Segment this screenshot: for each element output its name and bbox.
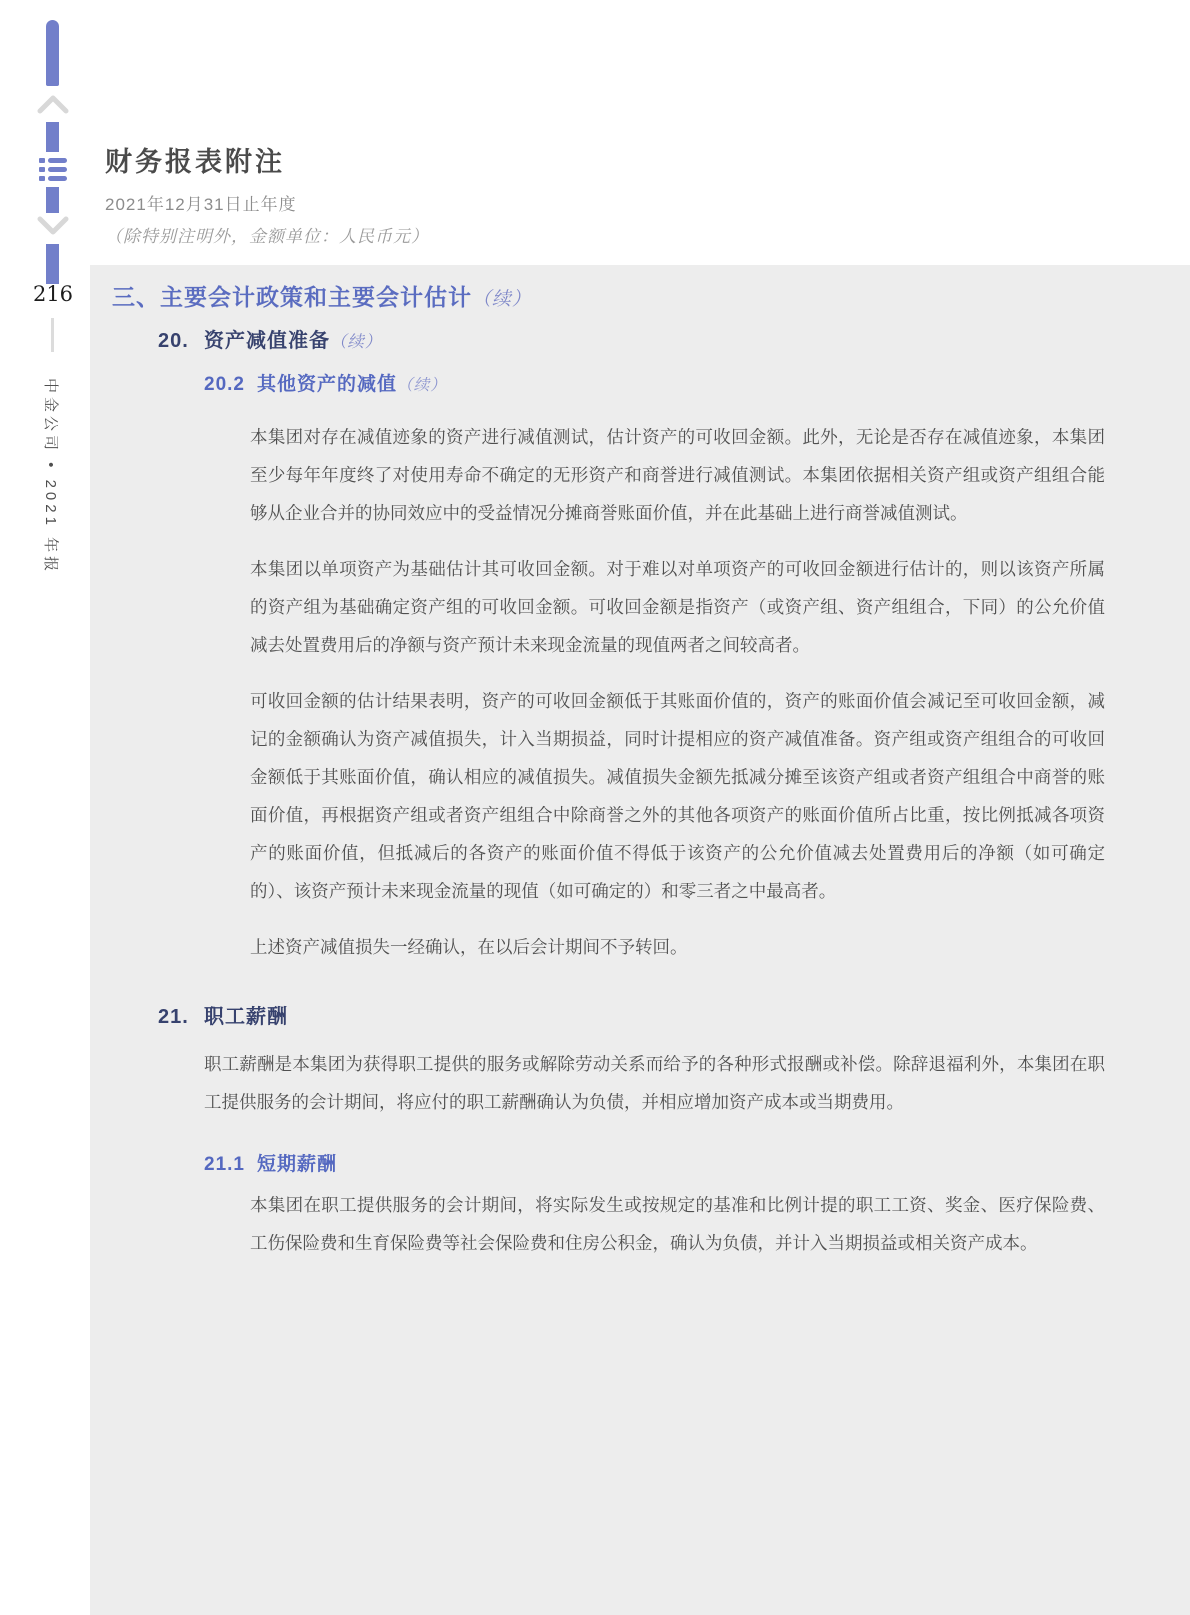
side-brand-text: 中金公司 • 2021 年报 bbox=[41, 378, 62, 575]
chapter-heading: 三、主要会计政策和主要会计估计（续） bbox=[112, 279, 1105, 312]
chevron-down-icon[interactable] bbox=[36, 214, 70, 243]
content-panel: 三、主要会计政策和主要会计估计（续） 20.资产减值准备（续） 20.2其他资产… bbox=[90, 265, 1190, 1615]
rail-tick-divider bbox=[51, 318, 54, 352]
currency-unit-note: （除特别注明外，金额单位：人民币元） bbox=[105, 222, 429, 247]
section-21-title: 职工薪酬 bbox=[204, 1006, 288, 1028]
subsection-21-1-number: 21.1 bbox=[204, 1154, 245, 1175]
rail-decorative-bar-top bbox=[46, 20, 59, 86]
side-rail: 216 中金公司 • 2021 年报 bbox=[0, 0, 90, 1615]
document-header: 财务报表附注 2021年12月31日止年度 （除特别注明外，金额单位：人民币元） bbox=[105, 140, 429, 247]
section-21-number: 21. bbox=[158, 1006, 204, 1029]
paragraph-employee-benefits: 职工薪酬是本集团为获得职工提供的服务或解除劳动关系而给予的各种形式报酬或补偿。除… bbox=[204, 1045, 1105, 1121]
rail-decorative-bar bbox=[46, 244, 59, 284]
section-20-number: 20. bbox=[158, 330, 204, 353]
section-20-continued-marker: （续） bbox=[330, 333, 382, 351]
paragraph-no-reversal: 上述资产减值损失一经确认，在以后会计期间不予转回。 bbox=[250, 928, 1105, 966]
subsection-20-2-title: 其他资产的减值 bbox=[257, 374, 397, 395]
section-21-heading: 21.职工薪酬 bbox=[158, 1000, 1105, 1029]
reporting-period: 2021年12月31日止年度 bbox=[105, 190, 429, 215]
rail-decorative-bar bbox=[46, 187, 59, 213]
paragraph-short-term-benefits: 本集团在职工提供服务的会计期间，将实际发生或按规定的基准和比例计提的职工工资、奖… bbox=[250, 1186, 1105, 1262]
toc-list-icon[interactable] bbox=[39, 156, 67, 189]
subsection-20-2-number: 20.2 bbox=[204, 374, 245, 395]
document-title: 财务报表附注 bbox=[105, 140, 429, 179]
chapter-continued-marker: （续） bbox=[472, 288, 532, 309]
subsection-20-2-heading: 20.2其他资产的减值（续） bbox=[204, 369, 1105, 396]
section-20-heading: 20.资产减值准备（续） bbox=[158, 324, 1105, 353]
page-number: 216 bbox=[28, 282, 78, 306]
paragraph-impairment-testing: 本集团对存在减值迹象的资产进行减值测试，估计资产的可收回金额。此外，无论是否存在… bbox=[250, 418, 1105, 532]
chapter-heading-label: 三、主要会计政策和主要会计估计 bbox=[112, 284, 472, 310]
section-20-title: 资产减值准备 bbox=[204, 330, 330, 352]
subsection-20-2-continued-marker: （续） bbox=[397, 377, 447, 394]
subsection-21-1-title: 短期薪酬 bbox=[257, 1154, 337, 1175]
paragraph-impairment-loss-allocation: 可收回金额的估计结果表明，资产的可收回金额低于其账面价值的，资产的账面价值会减记… bbox=[250, 682, 1105, 910]
paragraph-recoverable-amount: 本集团以单项资产为基础估计其可收回金额。对于难以对单项资产的可收回金额进行估计的… bbox=[250, 550, 1105, 664]
chevron-up-icon[interactable] bbox=[36, 92, 70, 121]
subsection-21-1-heading: 21.1短期薪酬 bbox=[204, 1149, 1105, 1176]
rail-decorative-bar bbox=[46, 122, 59, 152]
